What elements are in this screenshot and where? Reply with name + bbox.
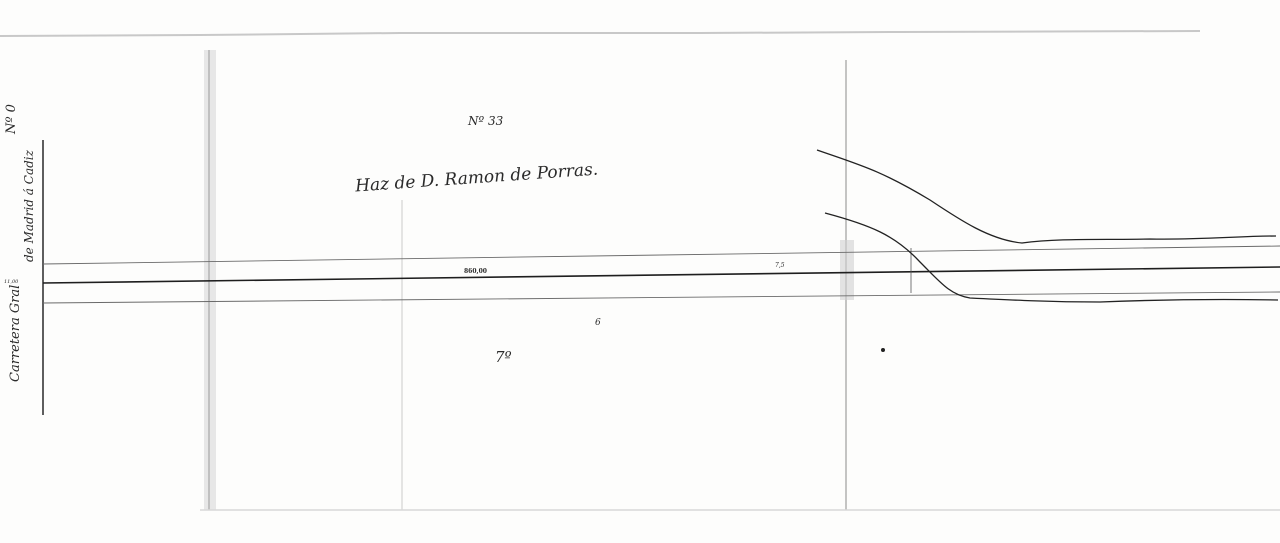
left-elevation: 11,00 (4, 279, 18, 285)
sheet-number: Nº 33 (468, 114, 503, 128)
river-lower-bank (825, 213, 1278, 302)
road-number: Nº 0 (4, 104, 19, 134)
map-drawing (0, 0, 1280, 543)
parcel-number-large: 7º (495, 348, 512, 366)
parcel-number-small: 6 (595, 318, 601, 328)
top-border-line (0, 31, 1200, 36)
road-label-lower: Carretera Gral (8, 285, 23, 382)
scan-band-right (840, 240, 854, 300)
road-centerline (43, 267, 1280, 283)
survey-point (881, 348, 885, 352)
main-dimension: 860,00 (464, 268, 487, 275)
river-upper-bank (817, 150, 1276, 243)
small-label-right: 7,5 (775, 262, 785, 269)
road-upper-edge (43, 246, 1280, 264)
road-label-upper: de Madrid á Cadiz (22, 150, 36, 262)
